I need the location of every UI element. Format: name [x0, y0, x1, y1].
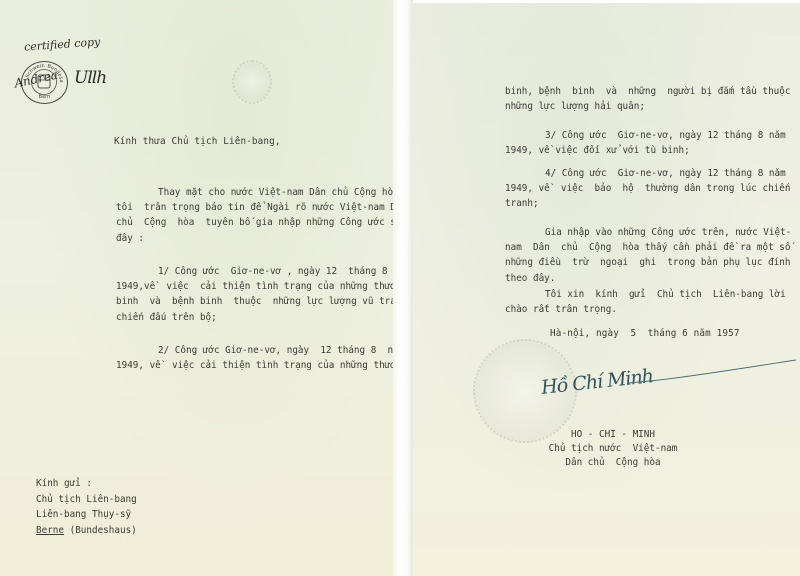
addressee-line: Chủ tịch Liên-bang: [36, 492, 137, 508]
text-line: Tôi xin kính gửi Chủ tịch Liên-bang lời: [505, 287, 777, 302]
reservations-paragraph: Gia nhập vào những Công ước trên, nước V…: [505, 225, 777, 286]
addressee-line: Liên-bang Thụy-sỹ: [36, 507, 137, 523]
page-gap: [393, 0, 413, 576]
text-line: những điều trừ ngoại ghi trong bản phụ l…: [505, 255, 777, 270]
text-line: những lực lượng hải quân;: [505, 99, 777, 114]
signatory-title: Chủ tịch nước Việt-nam: [533, 442, 693, 456]
text-line: 1949, về việc bảo hộ thường dân trong lú…: [505, 181, 777, 196]
letter-page-1: certified copy Schweiz. Bundesarchiv Ber…: [0, 0, 393, 576]
handwritten-certified-copy-note: certified copy: [24, 35, 101, 53]
text-line: 1/ Công ước Giơ-ne-vơ , ngày 12 tháng 8 …: [116, 264, 388, 279]
signatory-name: HO - CHI - MINH: [533, 428, 693, 442]
closing-paragraph: Tôi xin kính gửi Chủ tịch Liên-bang lời …: [505, 287, 777, 317]
addressee-city: Berne: [36, 525, 64, 536]
convention-item-4: 4/ Công ước Giơ-ne-vơ, ngày 12 tháng 8 n…: [505, 166, 777, 212]
addressee-heading: Kính gửi :: [36, 476, 137, 492]
convention-item-3: 3/ Công ước Giơ-ne-vơ, ngày 12 tháng 8 n…: [505, 128, 777, 158]
signatory-title: Dân chủ Cộng hòa: [533, 456, 693, 470]
text-line: chiến đấu trên bộ;: [116, 310, 388, 325]
text-line: 4/ Công ước Giơ-ne-vơ, ngày 12 tháng 8 n…: [505, 166, 777, 181]
intro-paragraph: Thay mặt cho nước Việt-nam Dân chủ Cộng …: [116, 185, 388, 246]
text-line: tranh;: [505, 196, 777, 211]
text-line: Gia nhập vào những Công ước trên, nước V…: [505, 225, 777, 240]
text-line: 3/ Công ước Giơ-ne-vơ, ngày 12 tháng 8 n…: [505, 128, 777, 143]
letter-page-2: binh, bệnh binh và những người bị đắm tầ…: [413, 0, 800, 576]
convention-item-2: 2/ Công ước Giơ-ne-vơ, ngày 12 tháng 8 n…: [116, 343, 388, 373]
text-line: 1949,về việc cải thiện tình trạng của nh…: [116, 279, 388, 294]
signatory-block: HO - CHI - MINH Chủ tịch nước Việt-nam D…: [533, 428, 693, 470]
place-and-date: Hà-nội, ngày 5 tháng 6 năm 1957: [550, 326, 740, 341]
embossed-seal-icon: [232, 60, 272, 104]
addressee-building: (Bundeshaus): [64, 525, 137, 536]
text-line: 1949, về việc đối xử với tù binh;: [505, 143, 777, 158]
stamp-bottom-text: Bern: [22, 94, 67, 100]
text-line: đây :: [116, 231, 388, 246]
text-line: nam Dân chủ Cộng hòa thấy cần phải đề ra…: [505, 240, 777, 255]
text-line: Thay mặt cho nước Việt-nam Dân chủ Cộng …: [116, 185, 388, 200]
text-line: chủ Cộng hòa tuyên bố gia nhập những Côn…: [116, 215, 388, 230]
text-line: binh và bệnh binh thuộc những lực lượng …: [116, 294, 388, 309]
text-line: chào rất trân trọng.: [505, 302, 777, 317]
convention-item-2-continued: binh, bệnh binh và những người bị đắm tầ…: [505, 84, 777, 114]
text-line: theo đây.: [505, 271, 777, 286]
convention-item-1: 1/ Công ước Giơ-ne-vơ , ngày 12 tháng 8 …: [116, 264, 388, 325]
salutation: Kính thưa Chủ tịch Liên-bang,: [114, 134, 281, 149]
addressee-block: Kính gửi : Chủ tịch Liên-bang Liên-bang …: [36, 476, 137, 538]
text-line: tôi trân trọng báo tin để Ngài rõ nước V…: [116, 200, 388, 215]
text-line: 2/ Công ước Giơ-ne-vơ, ngày 12 tháng 8 n…: [116, 343, 388, 358]
archivist-signature: Ullh: [74, 68, 106, 88]
signature-stroke-icon: [628, 358, 798, 388]
text-line: 1949, về việc cải thiện tình trạng của n…: [116, 358, 388, 373]
text-line: binh, bệnh binh và những người bị đắm tầ…: [505, 84, 777, 99]
